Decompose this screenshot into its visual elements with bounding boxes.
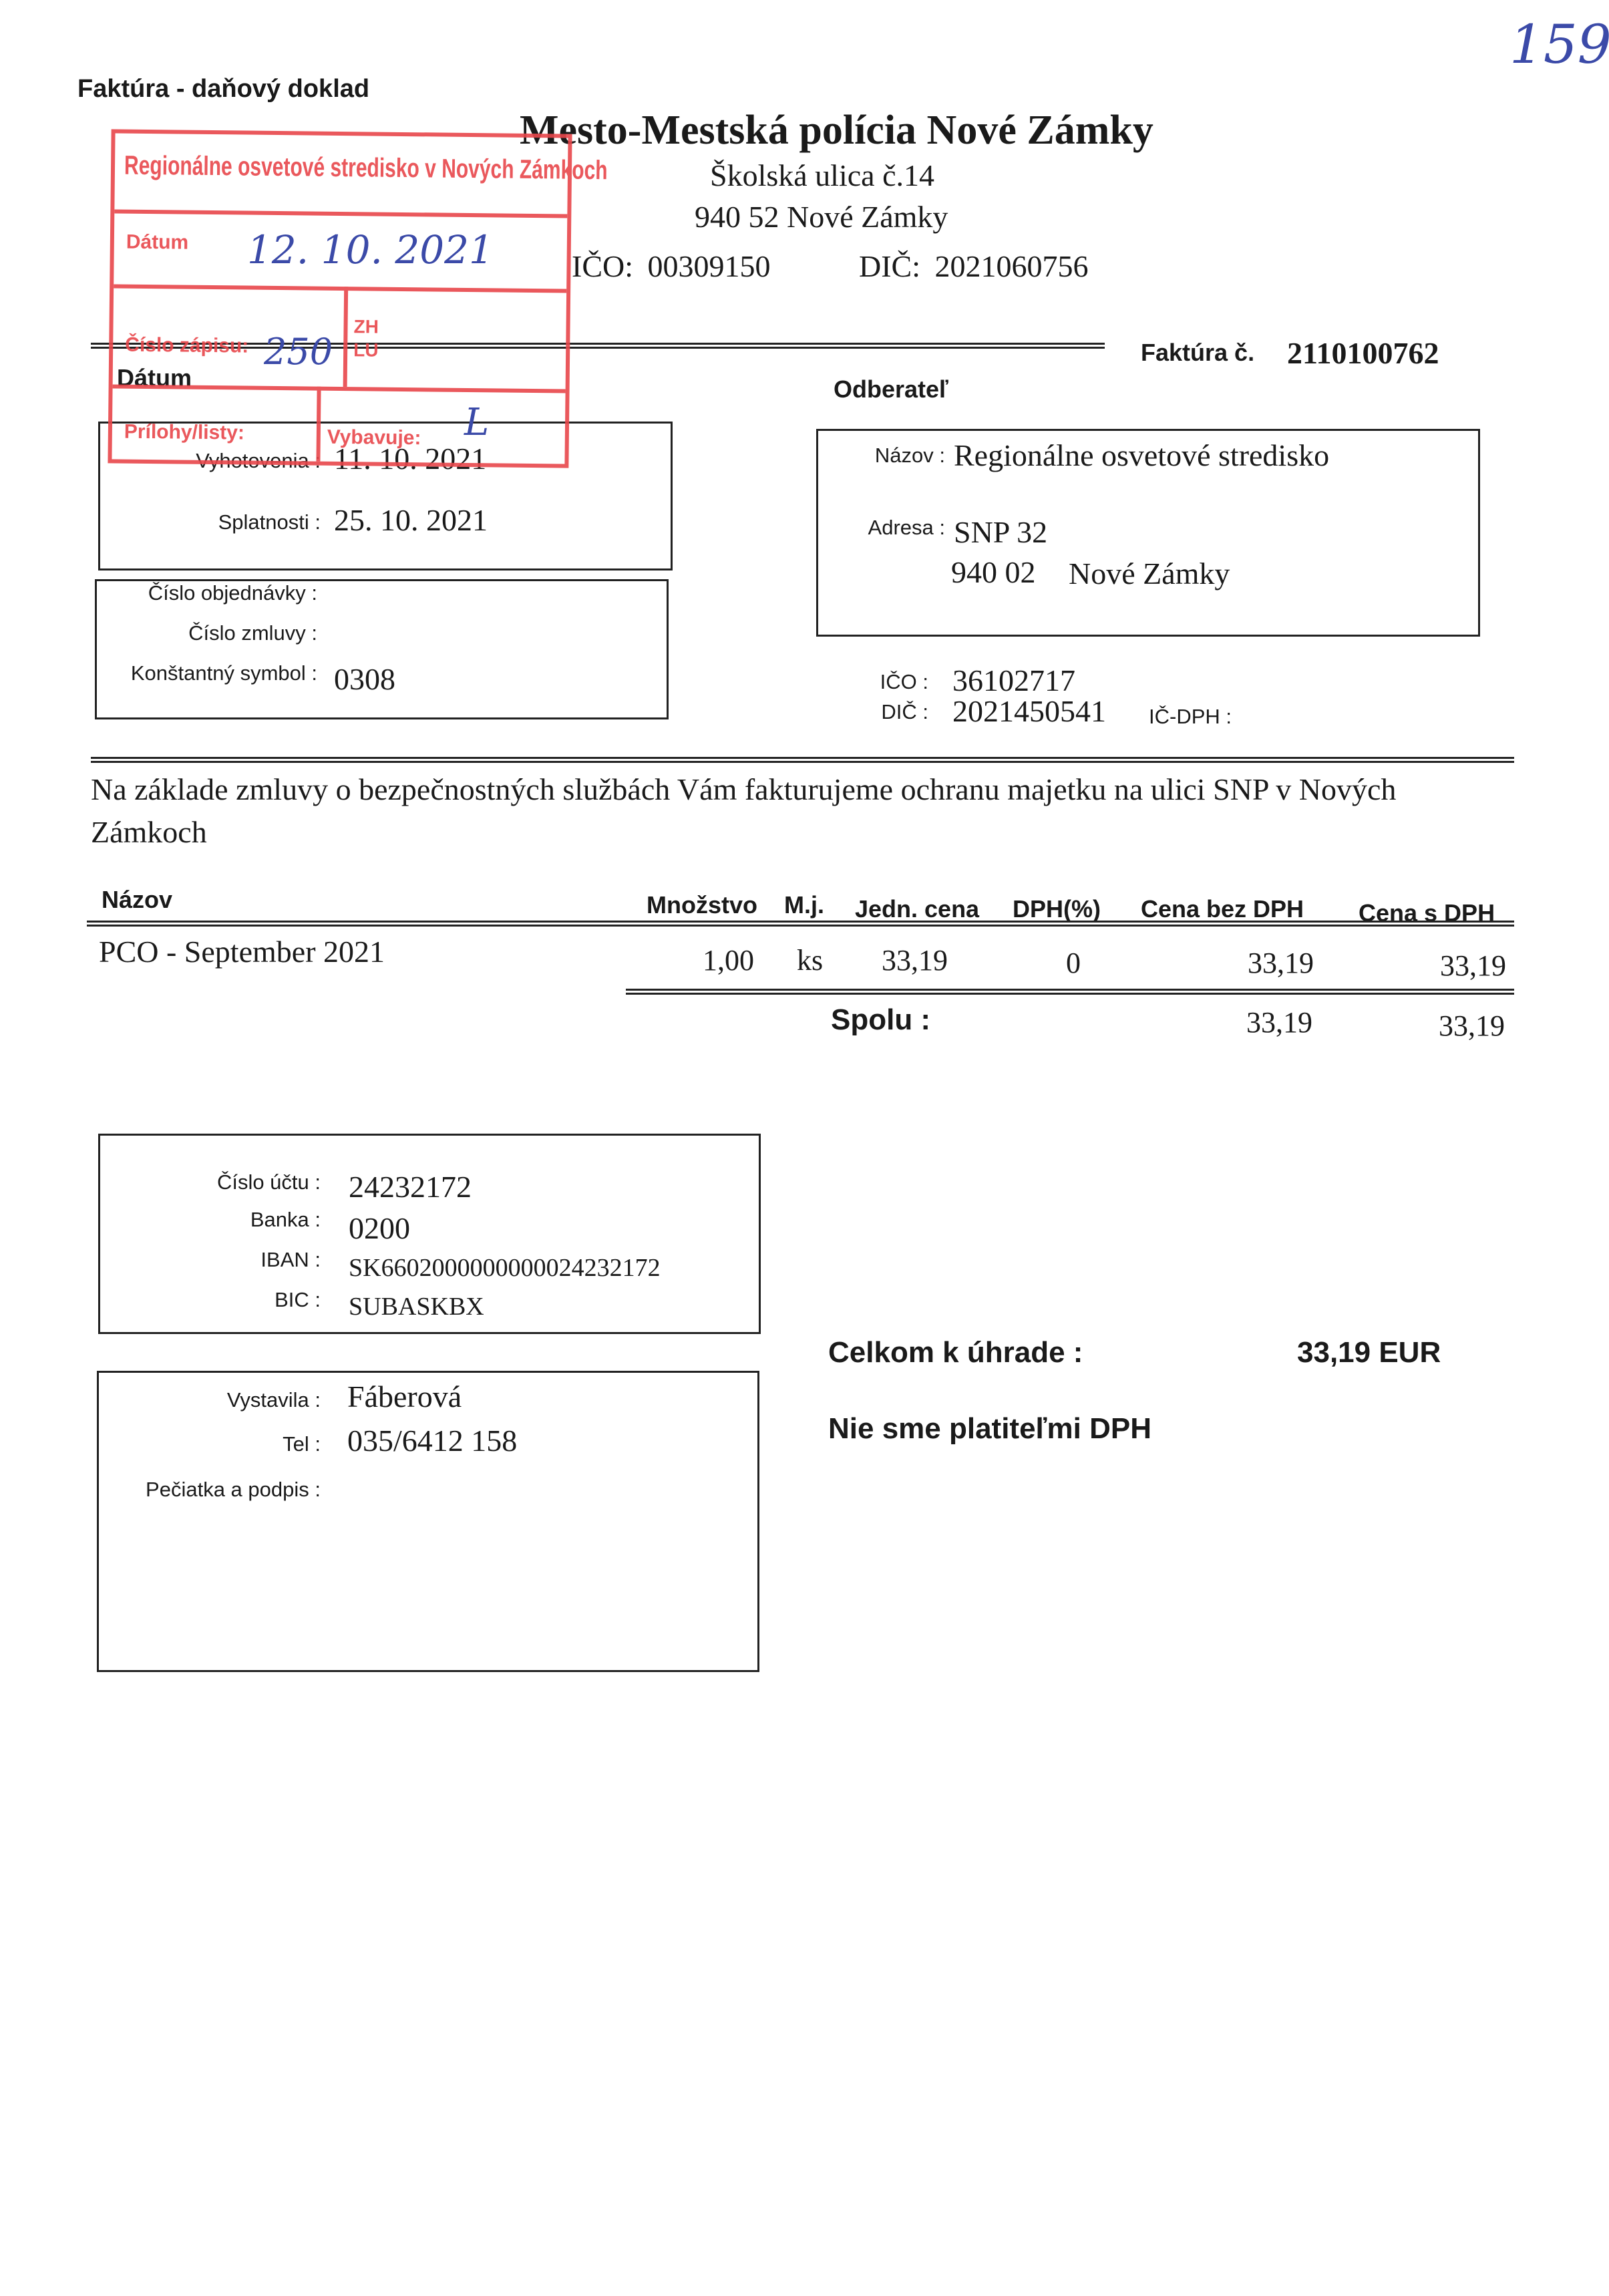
registry-stamp: Regionálne osvetové stredisko v Nových Z…: [108, 129, 572, 468]
supplier-ico-label: IČO:: [572, 249, 633, 283]
customer-street: SNP 32: [954, 514, 1047, 550]
bic-label: BIC :: [100, 1288, 321, 1312]
contract-number-label: Číslo zmluvy :: [97, 621, 317, 645]
document-type-label: Faktúra - daňový doklad: [77, 75, 369, 104]
customer-address-label: Adresa :: [822, 516, 945, 540]
total-divider: [626, 989, 1514, 995]
supplier-city: 940 52 Nové Zámky: [695, 199, 948, 234]
tel: 035/6412 158: [347, 1423, 517, 1458]
stamp-org-name: Regionálne osvetové stredisko v Nových Z…: [124, 151, 608, 186]
customer-name: Regionálne osvetové stredisko: [954, 438, 1329, 473]
total-gross: 33,19: [1439, 1009, 1505, 1043]
bic: SUBASKBX: [349, 1292, 484, 1321]
iban-label: IBAN :: [100, 1248, 321, 1272]
tel-label: Tel :: [100, 1432, 321, 1456]
stamp-record-label: Číslo zápisu:: [125, 334, 248, 358]
supplier-dic: DIČ: 2021060756: [859, 249, 1089, 284]
stamp-code-top: ZH: [353, 316, 379, 337]
customer-dic: 2021450541: [952, 693, 1106, 729]
issued-by-label: Vystavila :: [100, 1388, 321, 1412]
account-label: Číslo účtu :: [100, 1170, 321, 1194]
due-date-label: Splatnosti :: [100, 510, 321, 534]
stamp-record-handwritten: 250: [264, 331, 333, 373]
supplier-street: Školská ulica č.14: [710, 158, 934, 193]
total-due-label: Celkom k úhrade :: [828, 1336, 1083, 1369]
item-qty: 1,00: [703, 943, 754, 977]
invoice-number-label: Faktúra č.: [1141, 339, 1254, 367]
total-label: Spolu :: [831, 1003, 930, 1037]
customer-dic-label: DIČ :: [822, 700, 928, 724]
item-vat-pct: 0: [1066, 946, 1081, 980]
customer-name-label: Názov :: [822, 444, 945, 468]
col-header-unit: M.j.: [784, 891, 824, 919]
supplier-ico: IČO: 00309150: [572, 249, 771, 284]
constant-symbol-label: Konštantný symbol :: [97, 661, 317, 685]
account-number: 24232172: [349, 1169, 472, 1204]
stamp-handler-handwritten: L: [464, 401, 489, 444]
col-header-qty: Množstvo: [647, 891, 757, 919]
stamp-attachments-label: Prílohy/listy:: [124, 421, 244, 445]
bank-code: 0200: [349, 1210, 410, 1246]
description-divider: [91, 757, 1514, 763]
customer-city: Nové Zámky: [1069, 556, 1230, 591]
item-unit: ks: [797, 943, 823, 977]
supplier-dic-label: DIČ:: [859, 249, 920, 283]
item-price-gross: 33,19: [1440, 949, 1506, 983]
total-net: 33,19: [1246, 1005, 1312, 1039]
customer-zip: 940 02: [951, 554, 1036, 590]
constant-symbol: 0308: [334, 661, 395, 697]
iban: SK6602000000000024232172: [349, 1253, 661, 1283]
col-header-name: Názov: [102, 886, 172, 914]
table-header-divider: [87, 921, 1514, 927]
due-date: 25. 10. 2021: [334, 502, 488, 538]
customer-icdph-label: IČ-DPH :: [1149, 705, 1232, 729]
customer-section-label: Odberateľ: [834, 375, 948, 403]
col-header-unit-price: Jedn. cena: [855, 895, 979, 923]
stamp-date-handwritten: 12. 10. 2021: [247, 227, 494, 273]
invoice-number: 2110100762: [1287, 335, 1439, 371]
customer-ico-label: IČO :: [822, 670, 928, 694]
total-due-amount: 33,19 EUR: [1297, 1336, 1441, 1369]
stamp-signature-label: Pečiatka a podpis :: [100, 1478, 321, 1502]
stamp-code-bottom: LU: [353, 339, 379, 361]
stamp-date-label: Dátum: [126, 231, 189, 255]
issuer-box: [97, 1371, 759, 1672]
supplier-ico-value: 00309150: [648, 249, 771, 283]
order-number-label: Číslo objednávky :: [97, 581, 317, 605]
invoice-description: Na základe zmluvy o bezpečnostných služb…: [91, 768, 1500, 854]
col-header-net: Cena bez DPH: [1141, 895, 1304, 923]
issued-by: Fáberová: [347, 1379, 462, 1414]
col-header-vat-pct: DPH(%): [1013, 895, 1101, 923]
stamp-handler-label: Vybavuje:: [327, 426, 421, 450]
item-unit-price: 33,19: [882, 943, 948, 977]
bank-label: Banka :: [100, 1208, 321, 1232]
supplier-dic-value: 2021060756: [935, 249, 1089, 283]
handwritten-page-number: 159: [1509, 13, 1609, 75]
vat-note: Nie sme platiteľmi DPH: [828, 1412, 1151, 1446]
item-name: PCO - September 2021: [99, 934, 385, 969]
item-price-net: 33,19: [1248, 946, 1314, 980]
supplier-name: Mesto-Mestská polícia Nové Zámky: [520, 107, 1153, 154]
